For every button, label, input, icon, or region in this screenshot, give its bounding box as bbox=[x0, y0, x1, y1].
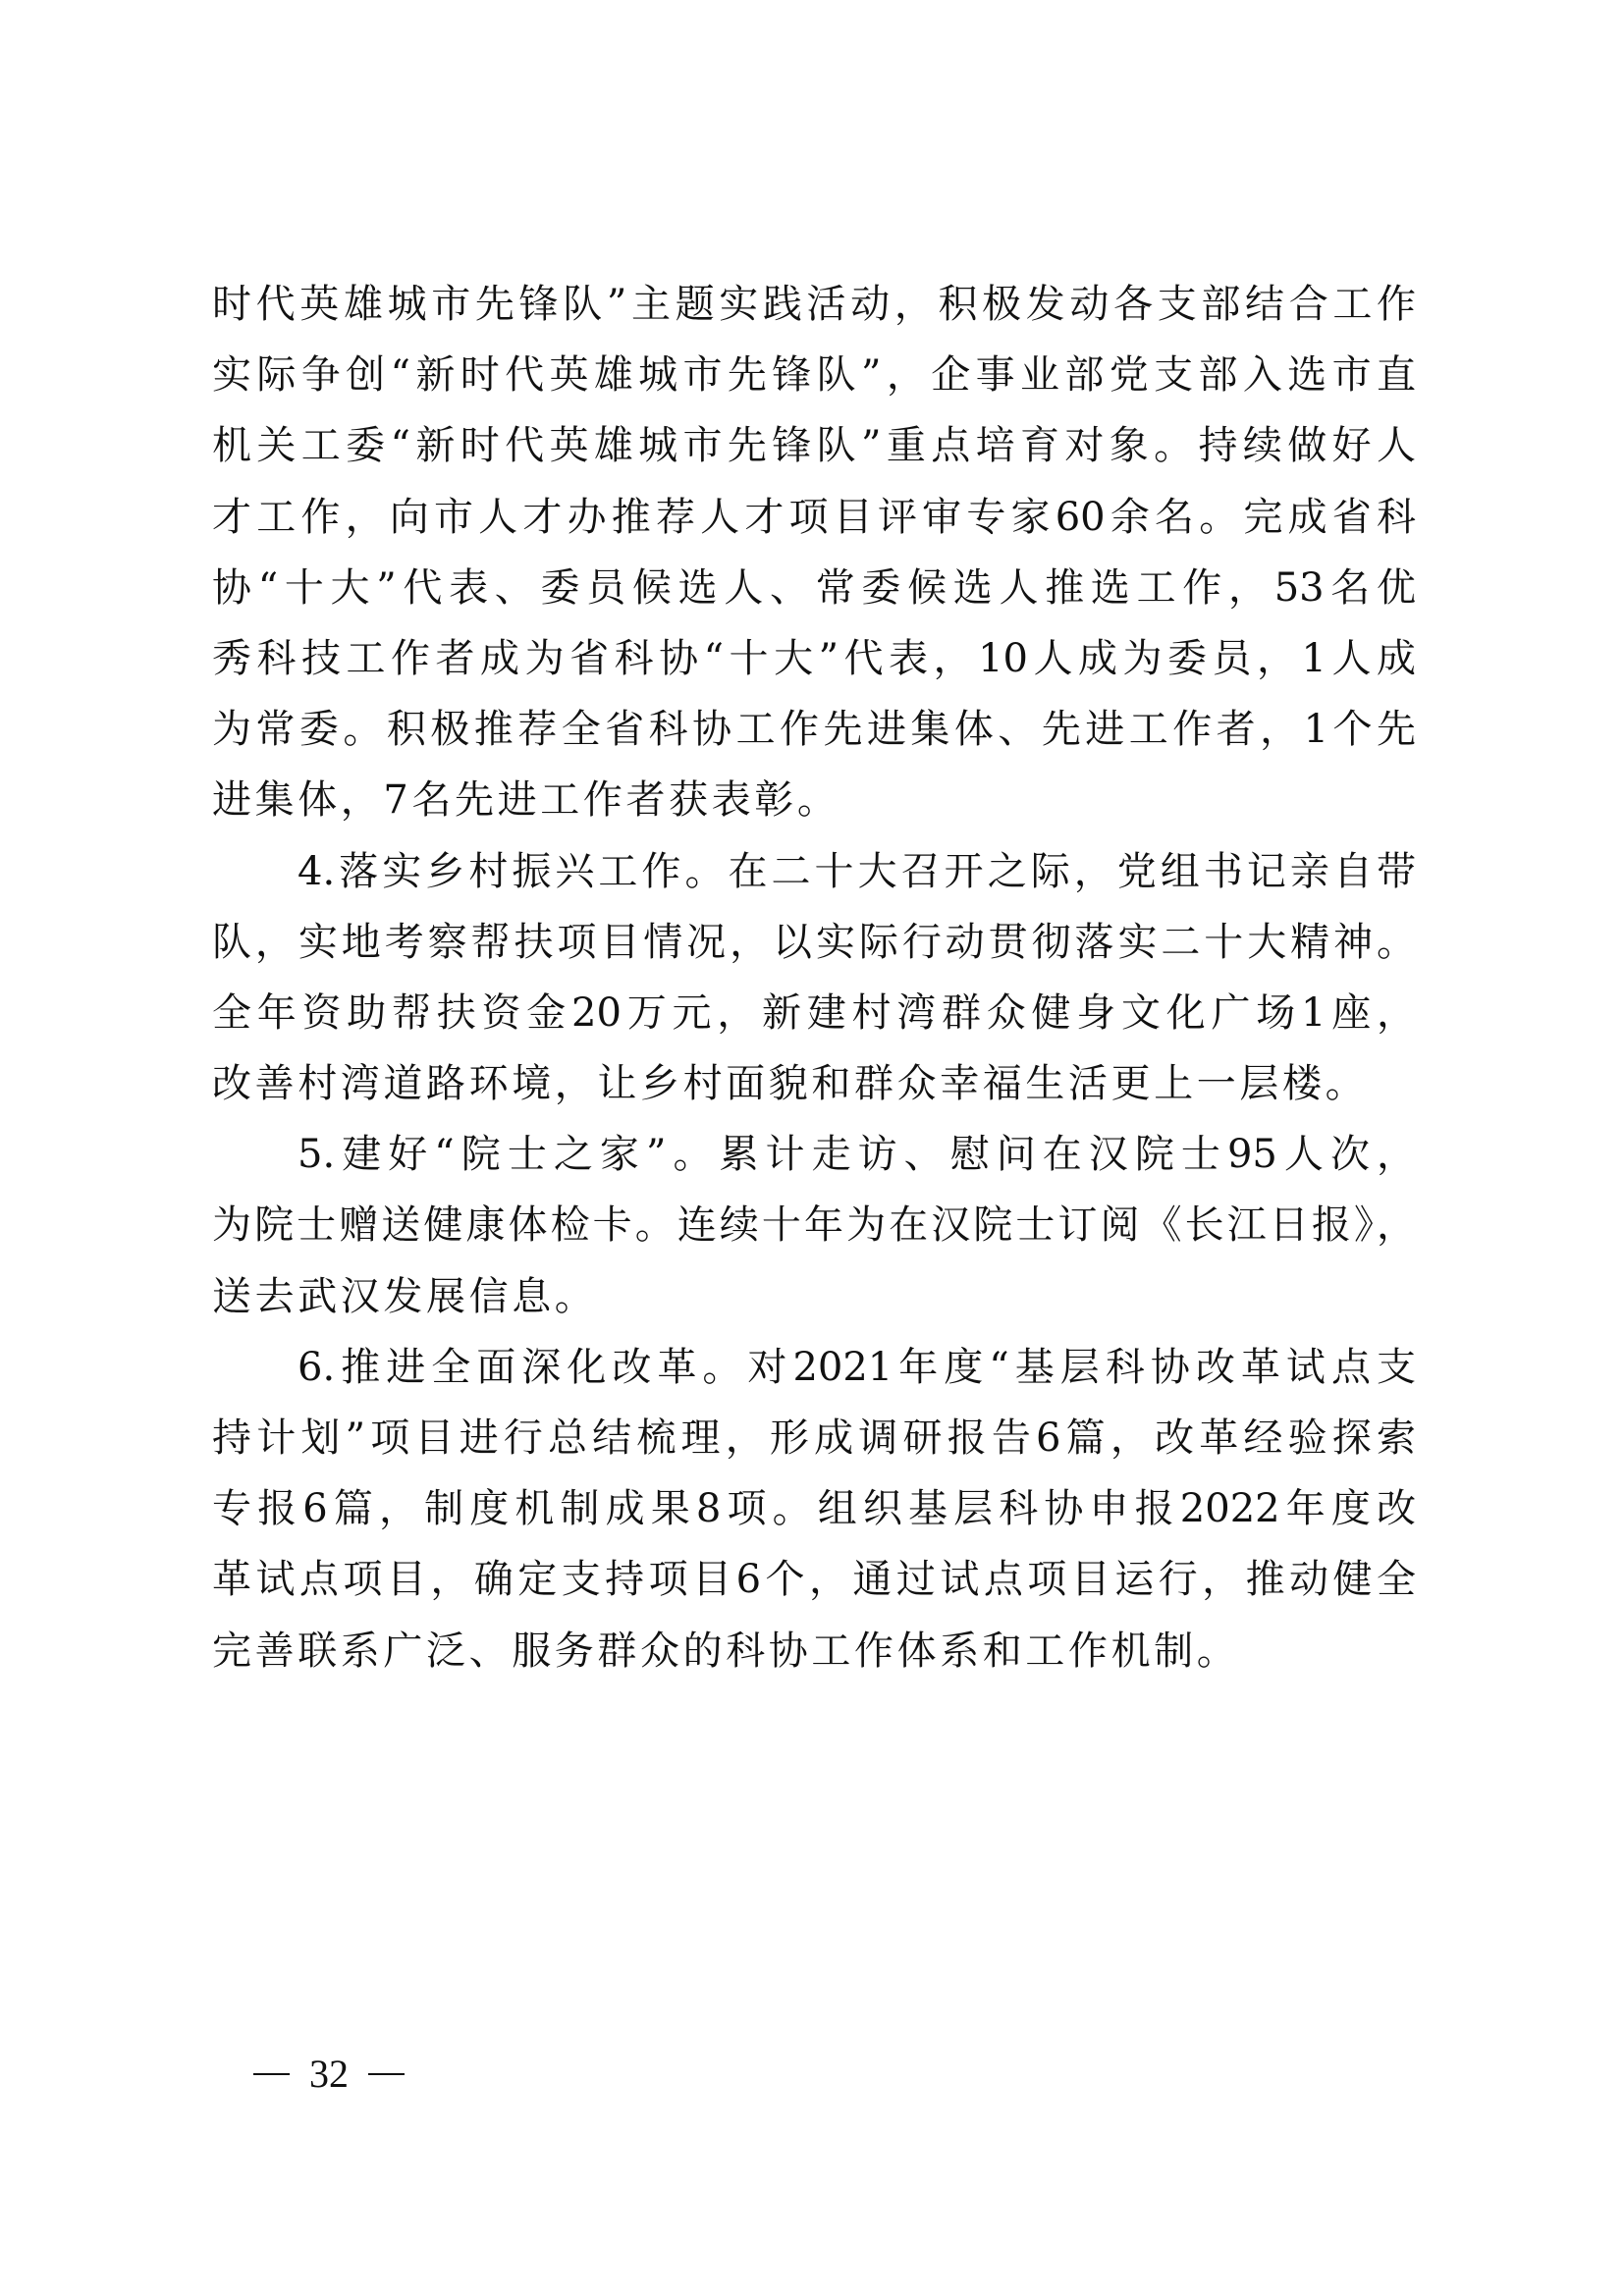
paragraph-academician-home-line-2: 为院士赠送健康体检卡。连续十年为在汉院士订阅《长江日报》， bbox=[212, 1190, 1416, 1260]
page-number-right-dash bbox=[368, 2073, 405, 2075]
paragraph-reform-line-3: 专报6篇，制度机制成果8项。组织基层科协申报2022年度改 bbox=[212, 1473, 1416, 1544]
paragraph-rural-revitalization-line-3: 全年资助帮扶资金20万元，新建村湾群众健身文化广场1座， bbox=[212, 978, 1416, 1048]
document-page: 时代英雄城市先锋队”主题实践活动，积极发动各支部结合工作 实际争创“新时代英雄城… bbox=[0, 0, 1624, 2296]
paragraph-rural-revitalization-line-2: 队，实地考察帮扶项目情况，以实际行动贯彻落实二十大精神。 bbox=[212, 907, 1416, 978]
paragraph-1-line-2: 实际争创“新时代英雄城市先锋队”，企事业部党支部入选市直 bbox=[212, 340, 1416, 410]
paragraph-reform-line-1: 6.推进全面深化改革。对2021年度“基层科协改革试点支 bbox=[212, 1332, 1416, 1403]
paragraph-reform-line-4: 革试点项目，确定支持项目6个，通过试点项目运行，推动健全 bbox=[212, 1544, 1416, 1615]
paragraph-1-line-4: 才工作，向市人才办推荐人才项目评审专家60余名。完成省科 bbox=[212, 482, 1416, 553]
paragraph-1-line-6: 秀科技工作者成为省科协“十大”代表，10人成为委员，1人成 bbox=[212, 623, 1416, 694]
paragraph-academician-home-line-3: 送去武汉发展信息。 bbox=[212, 1261, 1416, 1332]
paragraph-1-line-5: 协“十大”代表、委员候选人、常委候选人推选工作，53名优 bbox=[212, 553, 1416, 623]
paragraph-reform-line-5: 完善联系广泛、服务群众的科协工作体系和工作机制。 bbox=[212, 1616, 1416, 1686]
paragraph-1-line-3: 机关工委“新时代英雄城市先锋队”重点培育对象。持续做好人 bbox=[212, 410, 1416, 481]
paragraph-rural-revitalization-line-1: 4.落实乡村振兴工作。在二十大召开之际，党组书记亲自带 bbox=[212, 836, 1416, 907]
paragraph-academician-home-line-1: 5.建好“院士之家”。累计走访、慰问在汉院士95人次， bbox=[212, 1119, 1416, 1190]
page-number-value: 32 bbox=[309, 2050, 349, 2099]
body-text: 时代英雄城市先锋队”主题实践活动，积极发动各支部结合工作 实际争创“新时代英雄城… bbox=[212, 269, 1416, 1686]
paragraph-1-line-7: 为常委。积极推荐全省科协工作先进集体、先进工作者，1个先 bbox=[212, 694, 1416, 765]
paragraph-1-line-1: 时代英雄城市先锋队”主题实践活动，积极发动各支部结合工作 bbox=[212, 269, 1416, 340]
paragraph-rural-revitalization-line-4: 改善村湾道路环境，让乡村面貌和群众幸福生活更上一层楼。 bbox=[212, 1048, 1416, 1119]
paragraph-reform-line-2: 持计划”项目进行总结梳理，形成调研报告6篇，改革经验探索 bbox=[212, 1403, 1416, 1473]
page-number-left-dash bbox=[253, 2073, 290, 2075]
page-number: 32 bbox=[253, 2050, 405, 2099]
paragraph-1-line-8: 进集体，7名先进工作者获表彰。 bbox=[212, 765, 1416, 835]
